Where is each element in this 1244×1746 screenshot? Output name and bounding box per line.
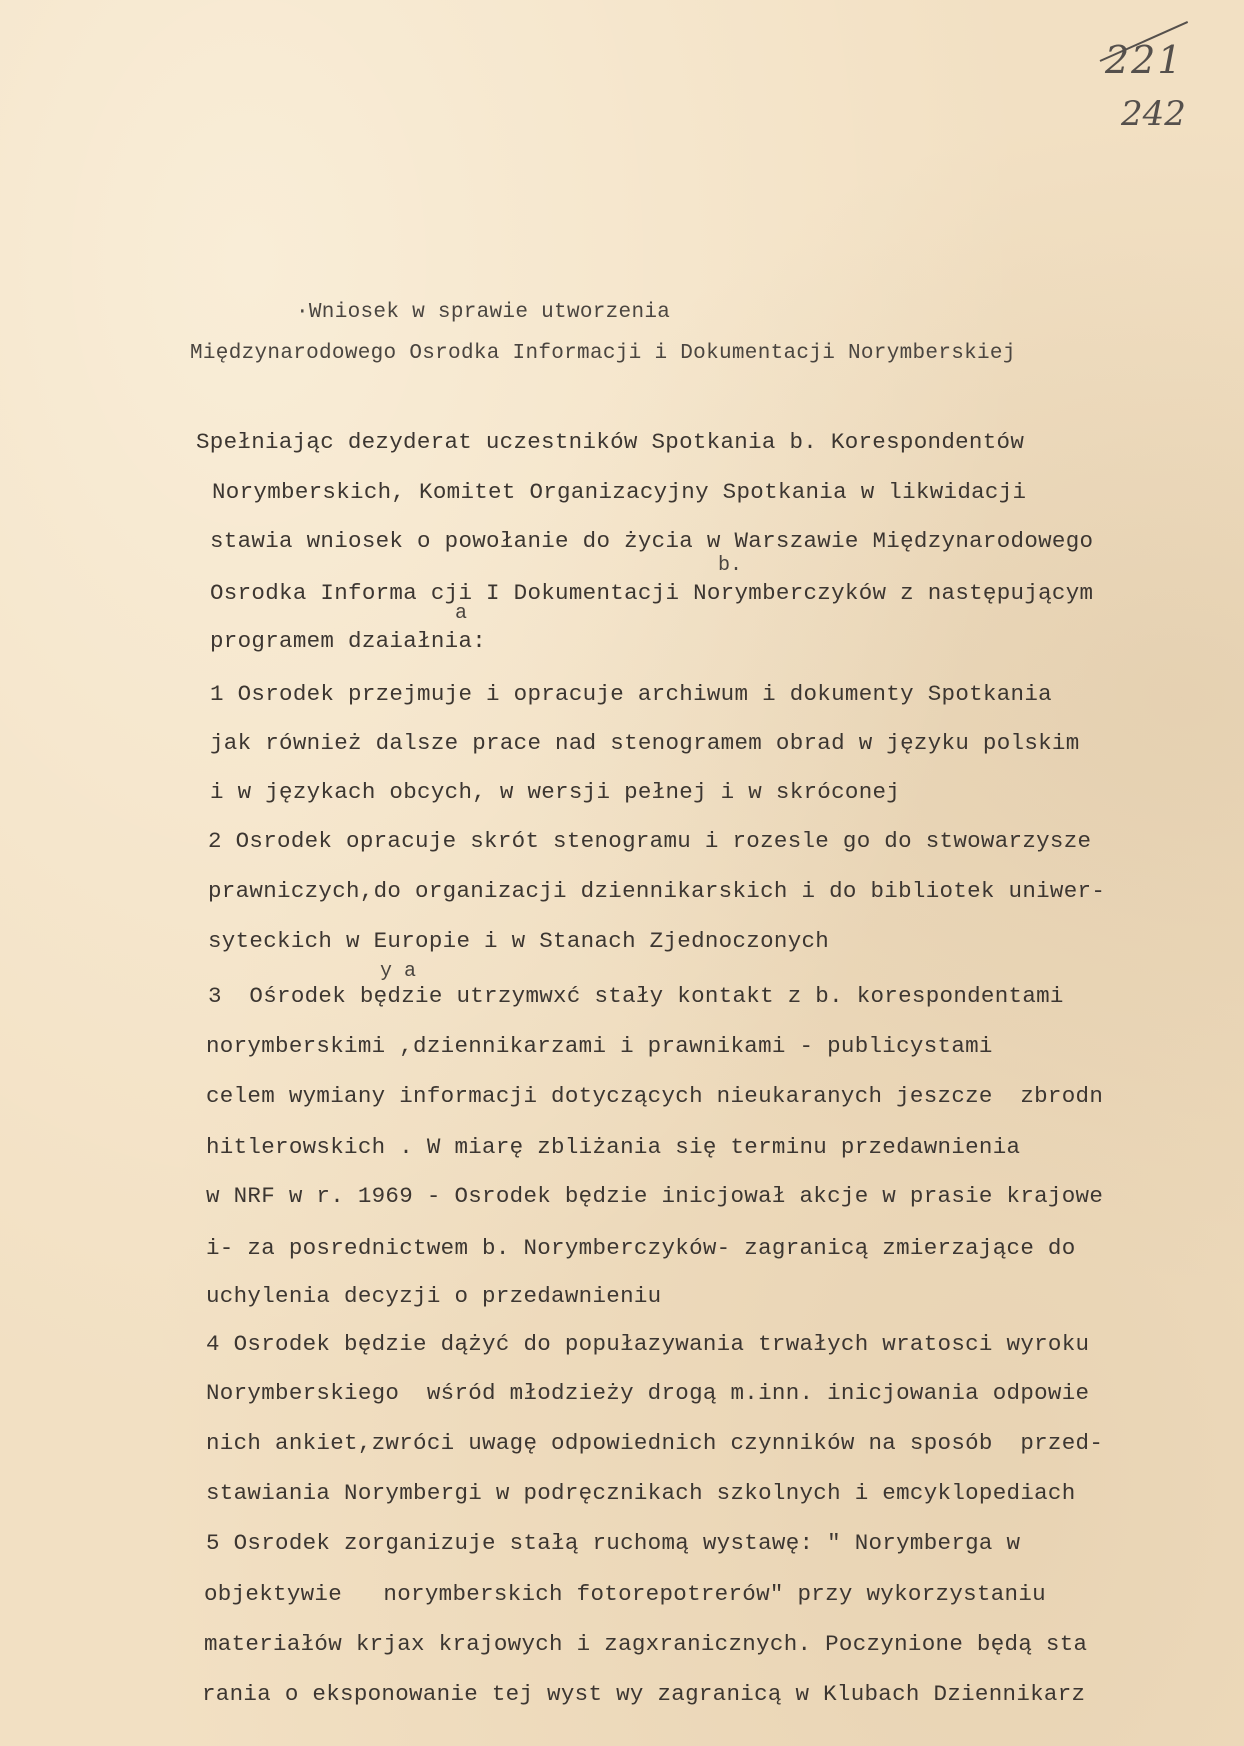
intro-line: Norymberskich, Komitet Organizacyjny Spo… [212, 481, 1026, 504]
point-2-line: prawniczych,do organizacji dziennikarski… [208, 880, 1105, 903]
folio-number: 221 242 [1095, 10, 1205, 140]
point-5-line: rania o eksponowanie tej wyst wy zagrani… [202, 1683, 1085, 1706]
typed-insertion: y a [380, 962, 416, 982]
point-5-line: objektywie norymberskich fotorepotrerów"… [204, 1583, 1046, 1606]
document-page: 221 242 ·Wniosek w sprawie utworzenia Mi… [0, 0, 1244, 1746]
point-3-line: hitlerowskich . W miarę zbliżania się te… [206, 1136, 1020, 1159]
point-1-line: i w językach obcych, w wersji pełnej i w… [210, 781, 900, 804]
new-folio-number: 242 [1121, 94, 1186, 134]
point-5-line: materiałów krjax krajowych i zagxraniczn… [204, 1633, 1087, 1656]
point-2-line: 2 Osrodek opracuje skrót stenogramu i ro… [208, 830, 1091, 853]
point-1-line: 1 Osrodek przejmuje i opracuje archiwum … [210, 683, 1052, 706]
point-3-line: norymberskimi ,dziennikarzami i prawnika… [206, 1035, 993, 1058]
intro-line: Osrodka Informa cji I Dokumentacji Norym… [210, 582, 1093, 605]
old-folio-number: 221 [1105, 38, 1184, 82]
typed-insertion: a [455, 604, 467, 624]
point-3-line: w NRF w r. 1969 - Osrodek będzie inicjow… [206, 1185, 1103, 1208]
point-3-line: uchylenia decyzji o przedawnieniu [206, 1285, 661, 1308]
point-1-line: jak również dalsze prace nad stenogramem… [210, 732, 1080, 755]
point-5-line: 5 Osrodek zorganizuje stałą ruchomą wyst… [206, 1532, 1020, 1555]
intro-line: programem dzaiałnia: [210, 630, 486, 653]
title-line-2: Międzynarodowego Osrodka Informacji i Do… [190, 343, 1016, 364]
point-3-line: i- za posrednictwem b. Norymberczyków- z… [206, 1237, 1076, 1260]
point-4-line: nich ankiet,zwróci uwagę odpowiednich cz… [206, 1432, 1103, 1455]
title-line-1: ·Wniosek w sprawie utworzenia [296, 302, 670, 323]
typed-insertion: b. [718, 556, 742, 576]
point-4-line: Norymberskiego wśród młodzieży drogą m.i… [206, 1382, 1089, 1405]
intro-line: stawia wniosek o powołanie do życia w Wa… [210, 530, 1093, 553]
point-3-line: 3 Ośrodek będzie utrzymwxć stały kontakt… [208, 985, 1064, 1008]
point-2-line: syteckich w Europie i w Stanach Zjednocz… [208, 930, 829, 953]
point-3-line: celem wymiany informacji dotyczących nie… [206, 1085, 1103, 1108]
point-4-line: 4 Osrodek będzie dążyć do popułazywania … [206, 1333, 1089, 1356]
intro-line: Spełniając dezyderat uczestników Spotkan… [196, 431, 1024, 454]
point-4-line: stawiania Norymbergi w podręcznikach szk… [206, 1482, 1076, 1505]
